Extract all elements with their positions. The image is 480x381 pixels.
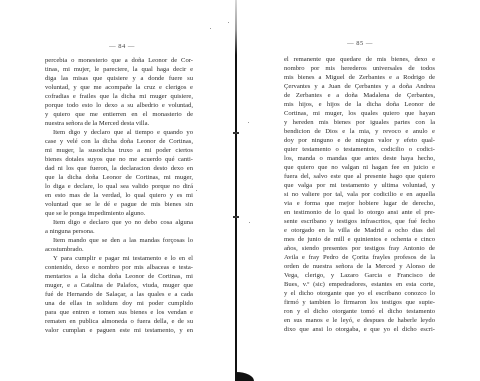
- text-line: e otorgado en la villa de Madrid a ocho …: [284, 226, 435, 235]
- right-page-text: el remanente que quedare de mis bienes, …: [284, 55, 435, 334]
- text-line: nuestra señora de la Merced desta villa.: [45, 119, 193, 128]
- text-line: y hereden mis bienes por iguales partes …: [284, 118, 435, 127]
- text-line: Y para cumplir e pagar mi testamento e l…: [45, 254, 193, 263]
- text-line: Çervantes y a Juan de Çerbantes y a doña…: [284, 82, 435, 91]
- left-page-number: — 84 —: [92, 43, 152, 50]
- text-line: bienes dotales suyos que no me acuerdo q…: [45, 155, 193, 164]
- text-line: de Zerbantes e a doña Madalena de Çerban…: [284, 91, 435, 100]
- right-page-number: — 85 —: [330, 40, 390, 47]
- text-line: mes de junio de mill e quinientos e oche…: [284, 235, 435, 244]
- text-line: dixo que ansi lo otorgaba, e que yo el d…: [284, 325, 435, 334]
- scan-speck: [228, 22, 229, 23]
- text-line: mis hijos, e hijos de la dicha doña Leon…: [284, 100, 435, 109]
- text-line: y quiero que me entierren en el monaster…: [45, 110, 193, 119]
- text-line: bendicion de Dios e la mia, y revoco e a…: [284, 127, 435, 136]
- text-line: a ninguna persona.: [45, 227, 193, 236]
- text-line: Item mando que se den a las mandas forço…: [45, 236, 193, 245]
- text-line: fuera del, salvo este que al presente ha…: [284, 172, 435, 181]
- text-line: cofradias e frailes que la dicha mi muge…: [45, 92, 193, 101]
- scan-speck: [248, 122, 249, 123]
- right-page: — 85 — el remanente que quedare de mis b…: [237, 0, 480, 381]
- text-line: dad ni los que fueron, la declaracion de…: [45, 164, 193, 173]
- text-line: ron y el dicho otorgante tomó el dicho t…: [284, 307, 435, 316]
- text-line: fué de Hernando de Salaçar, a las quales…: [45, 290, 193, 299]
- text-line: voluntad, y que me acompañe la cruz e cl…: [45, 83, 193, 92]
- text-line: y el dicho otorgante que yo el escribano…: [284, 289, 435, 298]
- text-line: mis bienes a Miguel de Zerbantes e a Rod…: [284, 73, 435, 82]
- text-line: porque todo esto lo dexo a su albedrio e…: [45, 101, 193, 110]
- text-line: doy por ninguno e de ningun valor y efet…: [284, 136, 435, 145]
- text-line: valor cumplan e paguen este mi testament…: [45, 326, 193, 335]
- text-line: los, manda o mandas que antes deste haya…: [284, 154, 435, 163]
- text-line: via e forma que mejor hobiere lugar de d…: [284, 199, 435, 208]
- text-line: una de ellas in solidum doy mi poder cum…: [45, 299, 193, 308]
- text-line: muger, e a Catalina de Palafox, viuda, m…: [45, 281, 193, 290]
- text-line: mi muger, la susodicha truxo a mi poder …: [45, 146, 193, 155]
- book-spread: — 84 — percebia o monesterio que a doña …: [0, 0, 480, 381]
- text-line: si no valiere por tal, vala por codicili…: [284, 190, 435, 199]
- text-line: que valga por mi testamento y ultima vol…: [284, 181, 435, 190]
- text-line: acostumbrado.: [45, 245, 193, 254]
- text-line: en esto mas de la verdad, lo qual quiero…: [45, 191, 193, 200]
- text-line: tinas, mi mujer, le pareciere, la qual h…: [45, 65, 193, 74]
- text-line: contenido, dexo e nombro por mis albacea…: [45, 263, 193, 272]
- text-line: Bues, v.º (sic) empedradores, estantes e…: [284, 280, 435, 289]
- text-line: el remanente que quedare de mis bienes, …: [284, 55, 435, 64]
- text-line: años, siendo presentes por testigos fray…: [284, 244, 435, 253]
- text-line: diga las misas que quisiere y a donde fu…: [45, 74, 193, 83]
- left-page-text: percebia o monesterio que a doña Leonor …: [45, 56, 193, 335]
- text-line: Item digo e declaro que yo no debo cosa …: [45, 218, 193, 227]
- text-line: en testimonio de lo qual lo otorgo ansi …: [284, 208, 435, 217]
- text-line: Item digo y declaro que al tiempo e quan…: [45, 128, 193, 137]
- text-line: Vega, clerigo, y Lazaro Garcia e Francis…: [284, 271, 435, 280]
- text-line: orden de nuestra señora de la Merced y A…: [284, 262, 435, 271]
- text-line: percebia o monesterio que a doña Leonor …: [45, 56, 193, 65]
- scan-speck: [196, 190, 197, 191]
- text-line: que la dicha doña Leonor de Cortinas, mi…: [45, 173, 193, 182]
- text-line: Cortinas, mi muger, los quales quiero qu…: [284, 109, 435, 118]
- text-line: quier testamento o testamentos, codicili…: [284, 145, 435, 154]
- text-line: firmó y tambien lo firmaron los testigos…: [284, 298, 435, 307]
- scan-speck: [210, 28, 211, 29]
- text-line: para que entren e tomen sus bienes e los…: [45, 308, 193, 317]
- text-line: rematen en publica almoneda o fuera dell…: [45, 317, 193, 326]
- text-line: mentarios a la dicha doña Leonor de Cort…: [45, 272, 193, 281]
- text-line: voluntad que se le dé e pague de mis bie…: [45, 200, 193, 209]
- text-line: sente escribano y testigos infrascritos,…: [284, 217, 435, 226]
- text-line: nombro por mis herederos universales de …: [284, 64, 435, 73]
- text-line: case y velé con la dicha doña Leonor de …: [45, 137, 193, 146]
- text-line: Avila e fray Pedro de Çorita frayles pro…: [284, 253, 435, 262]
- left-page: — 84 — percebia o monesterio que a doña …: [0, 0, 235, 381]
- text-line: en sus manos e le leyó, e despues de hab…: [284, 316, 435, 325]
- scan-speck: [249, 222, 250, 223]
- text-line: lo diga e declare, lo qual sea valido po…: [45, 182, 193, 191]
- text-line: que se le ponga impedimiento alguno.: [45, 209, 193, 218]
- text-line: que quiero que no valgan ni hagan fee en…: [284, 163, 435, 172]
